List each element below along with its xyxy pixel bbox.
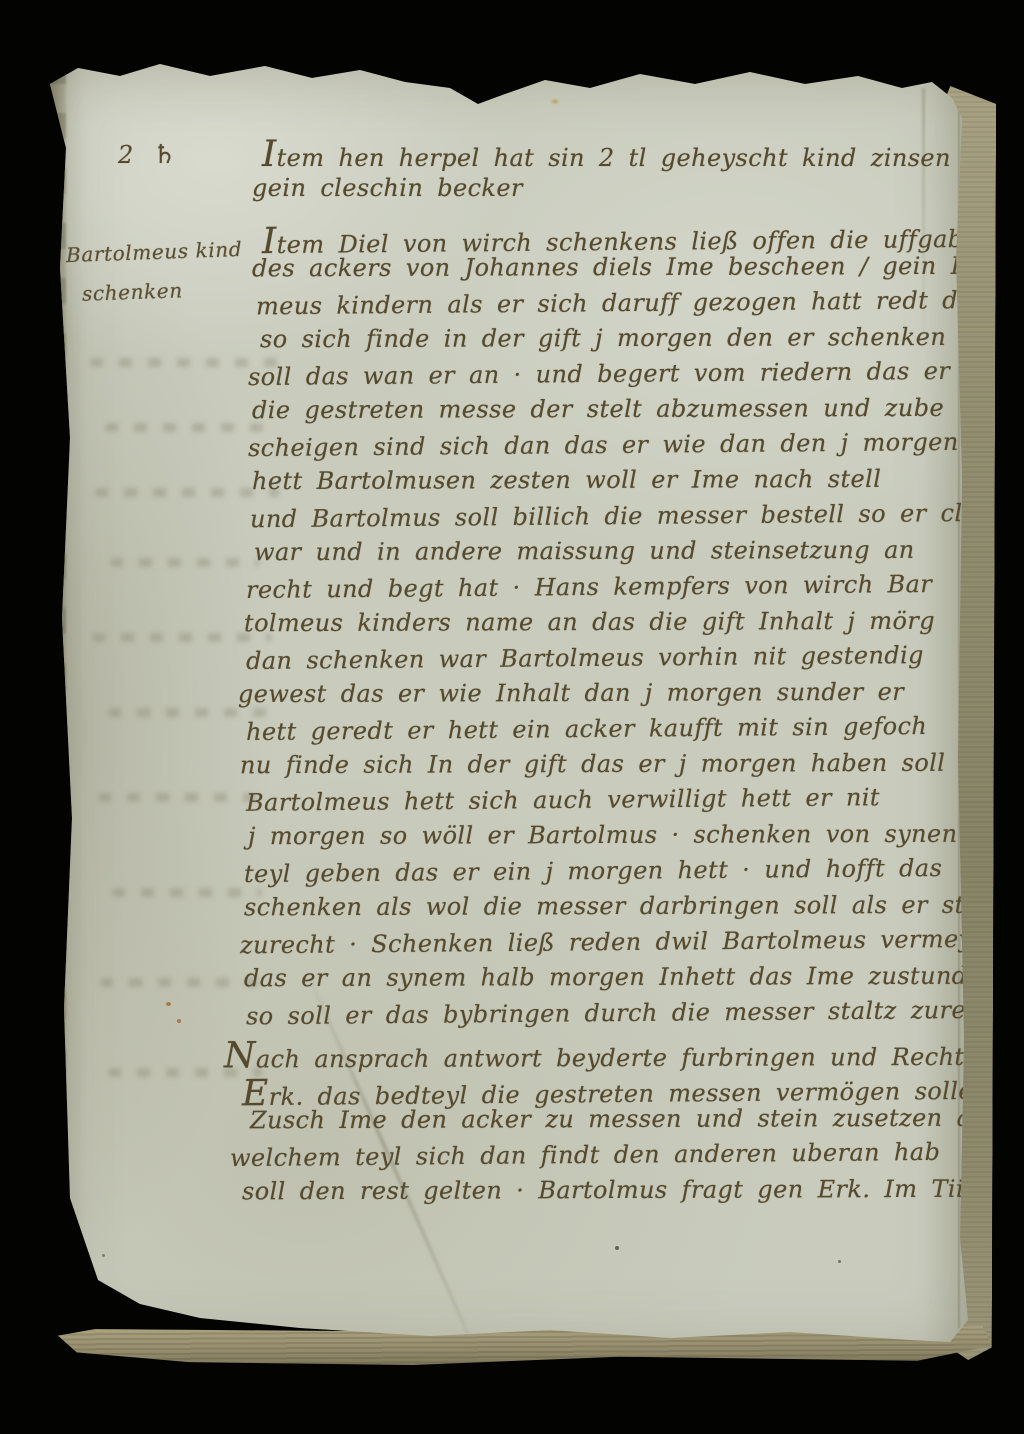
manuscript-line: j morgen so wöll er Bartolmus · schenken… bbox=[248, 820, 958, 850]
manuscript-line: zurecht · Schenken ließ reden dwil Barto… bbox=[240, 925, 999, 960]
manuscript-line: gewest das er wie Inhalt dan j morgen su… bbox=[238, 678, 904, 708]
manuscript-line: tolmeus kinders name an das die gift Inh… bbox=[244, 607, 935, 637]
margin-note-line: Bartolmeus kind bbox=[66, 237, 243, 267]
folio-number-digit: 2 bbox=[118, 141, 139, 169]
manuscript-leaf: 2 ♄ Item hen herpel hat sin 2 tl geheysc… bbox=[50, 58, 968, 1354]
manuscript-line: und Bartolmus soll billich die messer be… bbox=[250, 499, 1006, 534]
manuscript-line: dan schenken war Bartolmeus vorhin nit g… bbox=[246, 641, 924, 675]
ink-dot bbox=[838, 1260, 841, 1263]
show-through-line bbox=[105, 423, 265, 432]
manuscript-line: scheigen sind sich dan das er wie dan de… bbox=[248, 428, 959, 462]
manuscript-line: nu finde sich In der gift das er j morge… bbox=[240, 749, 945, 779]
manuscript-photo: 2 ♄ Item hen herpel hat sin 2 tl geheysc… bbox=[0, 0, 1024, 1434]
show-through-line bbox=[110, 558, 260, 567]
manuscript-line: die gestreten messe der stelt abzumessen… bbox=[252, 394, 944, 424]
manuscript-line: welchem teyl sich dan findt den anderen … bbox=[230, 1138, 941, 1172]
manuscript-line: teyl geben das er ein j morgen hett · un… bbox=[244, 854, 943, 888]
manuscript-line: des ackers von Johannes diels Ime besche… bbox=[252, 252, 1024, 283]
ink-speck bbox=[166, 1002, 171, 1006]
entry-line: Item hen herpel hat sin 2 tl geheyscht k… bbox=[262, 134, 951, 175]
ink-dot bbox=[615, 1246, 619, 1250]
manuscript-line: soll das wan er an · und begert vom ried… bbox=[248, 357, 950, 391]
folio-number: 2 ♄ bbox=[118, 140, 182, 170]
manuscript-line: hett Bartolmusen zesten woll er Ime nach… bbox=[252, 465, 881, 495]
manuscript-line: Bartolmeus hett sich auch verwilligt het… bbox=[246, 783, 880, 817]
manuscript-line: schenken als wol die messer darbringen s… bbox=[244, 891, 1011, 922]
manuscript-line: Zusch Ime den acker zu messen und stein … bbox=[250, 1104, 987, 1135]
show-through-line bbox=[112, 888, 262, 897]
manuscript-line: so sich finde in der gift j morgen den e… bbox=[260, 323, 1007, 354]
manuscript-line: recht und begt hat · Hans kempfers von w… bbox=[246, 570, 932, 604]
yellow-stain bbox=[550, 98, 560, 105]
folio-mark-symbol: ♄ bbox=[153, 140, 182, 170]
manuscript-line: so soll er das bybringen durch die messe… bbox=[246, 996, 1006, 1031]
manuscript-line: war und in andere maissung und steinsetz… bbox=[254, 536, 915, 566]
entry-line: gein cleschin becker bbox=[252, 174, 523, 202]
show-through-line bbox=[108, 708, 273, 717]
manuscript-line: das er an synem halb morgen Inhett das I… bbox=[244, 962, 968, 993]
manuscript-line: soll den rest gelten · Bartolmus fragt g… bbox=[242, 1175, 1004, 1206]
margin-note-line: schenken bbox=[82, 278, 183, 305]
ink-dot bbox=[102, 1254, 105, 1257]
manuscript-line: meus kindern als er sich daruff gezogen … bbox=[256, 286, 1019, 321]
manuscript-line: hett geredt er hett ein acker kaufft mit… bbox=[246, 712, 927, 746]
ink-speck bbox=[177, 1019, 181, 1023]
